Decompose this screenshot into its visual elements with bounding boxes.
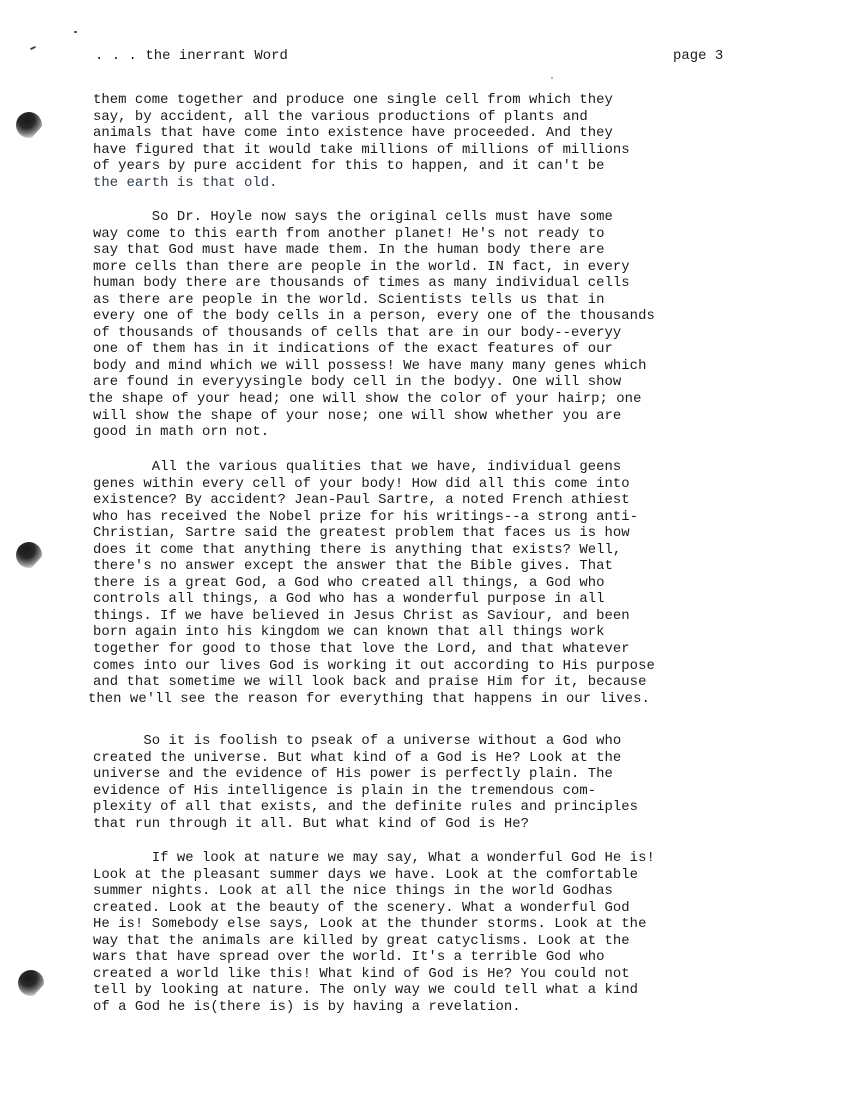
text-line: created a world like this! What kind of … xyxy=(93,966,793,983)
text-line: So it is foolish to pseak of a universe … xyxy=(93,733,793,750)
text-line: born again into his kingdom we can known… xyxy=(93,624,793,641)
scan-speck xyxy=(30,46,36,50)
text-line: evidence of His intelligence is plain in… xyxy=(93,783,793,800)
scan-speck xyxy=(74,31,77,33)
text-line: the shape of your head; one will show th… xyxy=(88,391,793,408)
text-line: All the various qualities that we have, … xyxy=(93,459,793,476)
text-line: way that the animals are killed by great… xyxy=(93,933,793,950)
text-line: there's no answer except the answer that… xyxy=(93,558,793,575)
text-line: way come to this earth from another plan… xyxy=(93,226,793,243)
text-line: So Dr. Hoyle now says the original cells… xyxy=(93,209,793,226)
text-line: plexity of all that exists, and the defi… xyxy=(93,799,793,816)
text-line: wars that have spread over the world. It… xyxy=(93,949,793,966)
paragraph-2: So Dr. Hoyle now says the original cells… xyxy=(93,209,793,441)
text-line: animals that have come into existence ha… xyxy=(93,125,793,142)
text-line: tell by looking at nature. The only way … xyxy=(93,982,793,999)
text-line: human body there are thousands of times … xyxy=(93,275,793,292)
text-line: Christian, Sartre said the greatest prob… xyxy=(93,525,793,542)
text-line: Look at the pleasant summer days we have… xyxy=(93,867,793,884)
text-line: who has received the Nobel prize for his… xyxy=(93,509,793,526)
text-line: one of them has in it indications of the… xyxy=(93,341,793,358)
text-line: of a God he is(there is) is by having a … xyxy=(93,999,793,1016)
text-line: say that God must have made them. In the… xyxy=(93,242,793,259)
text-line: every one of the body cells in a person,… xyxy=(93,308,793,325)
text-line: He is! Somebody else says, Look at the t… xyxy=(93,916,793,933)
text-line: have figured that it would take millions… xyxy=(93,142,793,159)
text-line: body and mind which we will possess! We … xyxy=(93,358,793,375)
text-line: good in math orn not. xyxy=(93,424,793,441)
text-line: say, by accident, all the various produc… xyxy=(93,109,793,126)
text-line: If we look at nature we may say, What a … xyxy=(93,850,793,867)
document-page: . . . the inerrant Word page 3 them come… xyxy=(0,0,850,1103)
text-line: universe and the evidence of His power i… xyxy=(93,766,793,783)
page-number: page 3 xyxy=(673,48,723,64)
punch-hole-top xyxy=(16,112,42,138)
text-line: and that sometime we will look back and … xyxy=(93,674,793,691)
text-line: more cells than there are people in the … xyxy=(93,259,793,276)
punch-hole-middle xyxy=(16,542,42,568)
text-line: then we'll see the reason for everything… xyxy=(88,691,793,708)
text-line: that run through it all. But what kind o… xyxy=(93,816,793,833)
text-line: of thousands of thousands of cells that … xyxy=(93,325,793,342)
text-line: existence? By accident? Jean-Paul Sartre… xyxy=(93,492,793,509)
text-line: does it come that anything there is anyt… xyxy=(93,542,793,559)
text-line: comes into our lives God is working it o… xyxy=(93,658,793,675)
scan-speck xyxy=(551,77,553,79)
paragraph-3: All the various qualities that we have, … xyxy=(93,459,793,707)
text-line: controls all things, a God who has a won… xyxy=(93,591,793,608)
paragraph-4: So it is foolish to pseak of a universe … xyxy=(93,733,793,832)
text-line: summer nights. Look at all the nice thin… xyxy=(93,883,793,900)
text-line: created. Look at the beauty of the scene… xyxy=(93,900,793,917)
punch-hole-bottom xyxy=(18,970,44,996)
text-line: are found in everyysingle body cell in t… xyxy=(93,374,793,391)
text-line: genes within every cell of your body! Ho… xyxy=(93,476,793,493)
running-header-title: . . . the inerrant Word xyxy=(95,48,288,64)
text-line: will show the shape of your nose; one wi… xyxy=(93,408,793,425)
text-line: them come together and produce one singl… xyxy=(93,92,793,109)
text-line: of years by pure accident for this to ha… xyxy=(93,158,793,175)
text-line: created the universe. But what kind of a… xyxy=(93,750,793,767)
text-line: together for good to those that love the… xyxy=(93,641,793,658)
paragraph-5: If we look at nature we may say, What a … xyxy=(93,850,793,1015)
text-line: things. If we have believed in Jesus Chr… xyxy=(93,608,793,625)
text-line: there is a great God, a God who created … xyxy=(93,575,793,592)
paragraph-1: them come together and produce one singl… xyxy=(93,92,793,191)
text-line: as there are people in the world. Scient… xyxy=(93,292,793,309)
text-line: the earth is that old. xyxy=(93,175,793,192)
